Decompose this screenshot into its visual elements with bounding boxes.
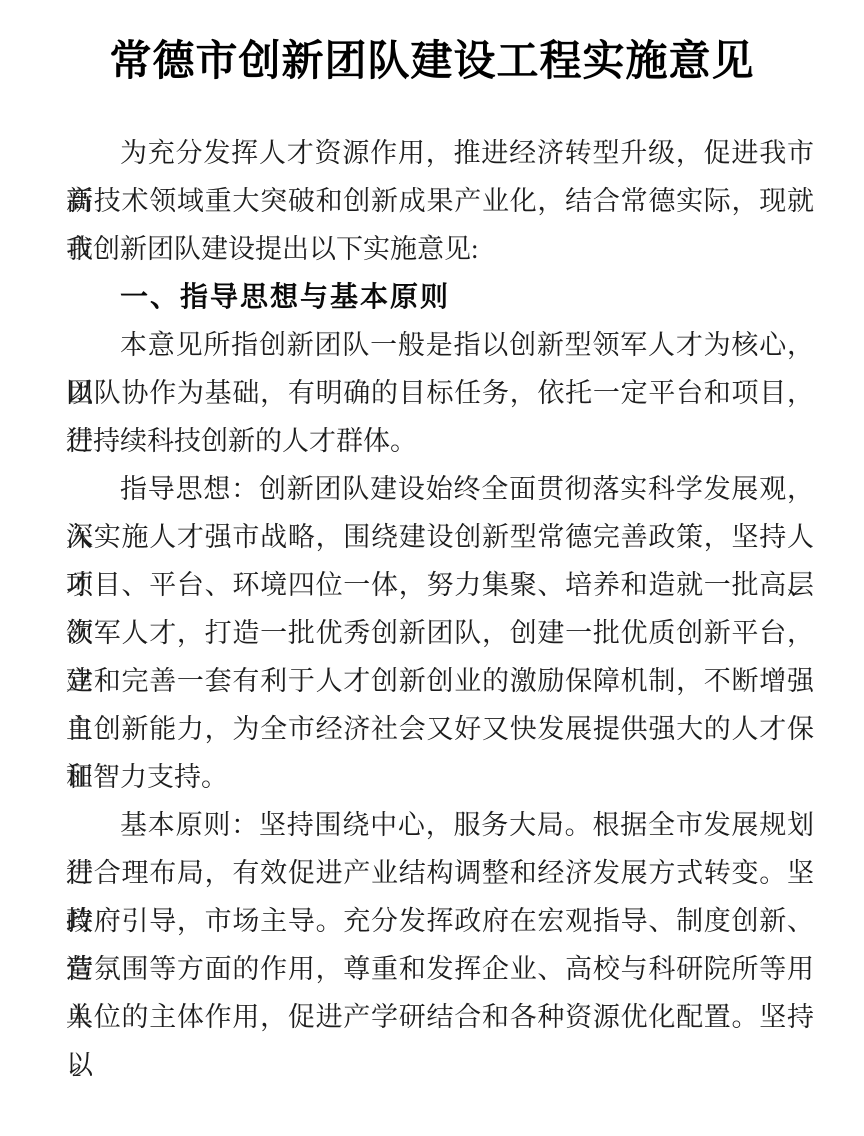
text-line: 市创新团队建设提出以下实施意见: (66, 225, 814, 273)
text-line: 立和完善一套有利于人才创新创业的激励保障机制，不断增强自 (66, 657, 814, 705)
text-line: 为充分发挥人才资源作用，推进经济转型升级，促进我市高 (66, 129, 814, 177)
text-line: 团队协作为基础，有明确的目标任务，依托一定平台和项目，进 (66, 369, 814, 417)
page-number: 2 (72, 1060, 82, 1082)
text-line: 造氛围等方面的作用，尊重和发挥企业、高校与科研院所等用人 (66, 945, 814, 993)
text-line: 领军人才，打造一批优秀创新团队，创建一批优质创新平台，建 (66, 609, 814, 657)
text-line: 项目、平台、环境四位一体，努力集聚、培养和造就一批高层次 (66, 561, 814, 609)
text-line: 基本原则：坚持围绕中心，服务大局。根据全市发展规划进 (66, 801, 814, 849)
text-line: 行合理布局，有效促进产业结构调整和经济发展方式转变。坚持 (66, 849, 814, 897)
text-line: 单位的主体作用，促进产学研结合和各种资源优化配置。坚持以 (66, 993, 814, 1041)
document-title: 常德市创新团队建设工程实施意见 (0, 0, 864, 89)
text-line: 主创新能力，为全市经济社会又好又快发展提供强大的人才保证 (66, 705, 814, 753)
text-line: 行持续科技创新的人才群体。 (66, 417, 814, 465)
text-line: 指导思想：创新团队建设始终全面贯彻落实科学发展观，深 (66, 465, 814, 513)
document-page: 常德市创新团队建设工程实施意见 为充分发挥人才资源作用，推进经济转型升级，促进我… (0, 0, 864, 1136)
text-line: 新技术领域重大突破和创新成果产业化，结合常德实际，现就我 (66, 177, 814, 225)
text-line: 入实施人才强市战略，围绕建设创新型常德完善政策，坚持人才、 (66, 513, 814, 561)
text-line: 政府引导，市场主导。充分发挥政府在宏观指导、制度创新、营 (66, 897, 814, 945)
section-heading: 一、指导思想与基本原则 (66, 273, 814, 321)
text-line: 和智力支持。 (66, 753, 814, 801)
text-line: 本意见所指创新团队一般是指以创新型领军人才为核心，以 (66, 321, 814, 369)
document-body: 为充分发挥人才资源作用，推进经济转型升级，促进我市高新技术领域重大突破和创新成果… (66, 129, 814, 1041)
